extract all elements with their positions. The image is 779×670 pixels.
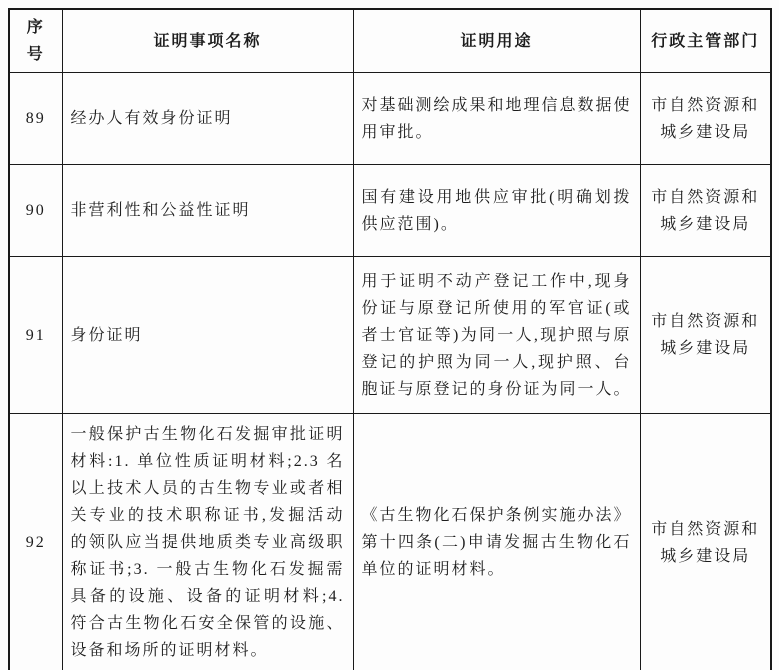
matter-name-cell: 经办人有效身份证明 xyxy=(62,73,353,165)
table-row: 89 经办人有效身份证明 对基础测绘成果和地理信息数据使用审批。 市自然资源和 … xyxy=(9,73,771,165)
matter-name-cell: 非营利性和公益性证明 xyxy=(62,165,353,257)
purpose-cell: 对基础测绘成果和地理信息数据使用审批。 xyxy=(353,73,640,165)
serial-number-cell: 90 xyxy=(9,165,62,257)
serial-number-cell: 92 xyxy=(9,414,62,670)
certification-items-table: 序号 证明事项名称 证明用途 行政主管部门 89 经办人有效身份证明 对基础测绘… xyxy=(8,8,772,670)
purpose-cell: 国有建设用地供应审批(明确划拨供应范围)。 xyxy=(353,165,640,257)
table-row: 92 一般保护古生物化石发掘审批证明材料:1. 单位性质证明材料;2.3 名以上… xyxy=(9,414,771,670)
header-department: 行政主管部门 xyxy=(640,9,771,73)
department-cell: 市自然资源和 城乡建设局 xyxy=(640,165,771,257)
matter-name-cell: 身份证明 xyxy=(62,257,353,414)
purpose-cell: 用于证明不动产登记工作中,现身份证与原登记所使用的军官证(或者士官证等)为同一人… xyxy=(353,257,640,414)
serial-number-cell: 89 xyxy=(9,73,62,165)
table-row: 91 身份证明 用于证明不动产登记工作中,现身份证与原登记所使用的军官证(或者士… xyxy=(9,257,771,414)
header-matter-name: 证明事项名称 xyxy=(62,9,353,73)
matter-name-cell: 一般保护古生物化石发掘审批证明材料:1. 单位性质证明材料;2.3 名以上技术人… xyxy=(62,414,353,670)
header-purpose: 证明用途 xyxy=(353,9,640,73)
header-serial-number: 序号 xyxy=(9,9,62,73)
header-row: 序号 证明事项名称 证明用途 行政主管部门 xyxy=(9,9,771,73)
document-page: 序号 证明事项名称 证明用途 行政主管部门 89 经办人有效身份证明 对基础测绘… xyxy=(0,0,779,670)
purpose-cell: 《古生物化石保护条例实施办法》第十四条(二)申请发掘古生物化石单位的证明材料。 xyxy=(353,414,640,670)
department-cell: 市自然资源和 城乡建设局 xyxy=(640,257,771,414)
table-row: 90 非营利性和公益性证明 国有建设用地供应审批(明确划拨供应范围)。 市自然资… xyxy=(9,165,771,257)
serial-number-cell: 91 xyxy=(9,257,62,414)
department-cell: 市自然资源和 城乡建设局 xyxy=(640,73,771,165)
department-cell: 市自然资源和 城乡建设局 xyxy=(640,414,771,670)
